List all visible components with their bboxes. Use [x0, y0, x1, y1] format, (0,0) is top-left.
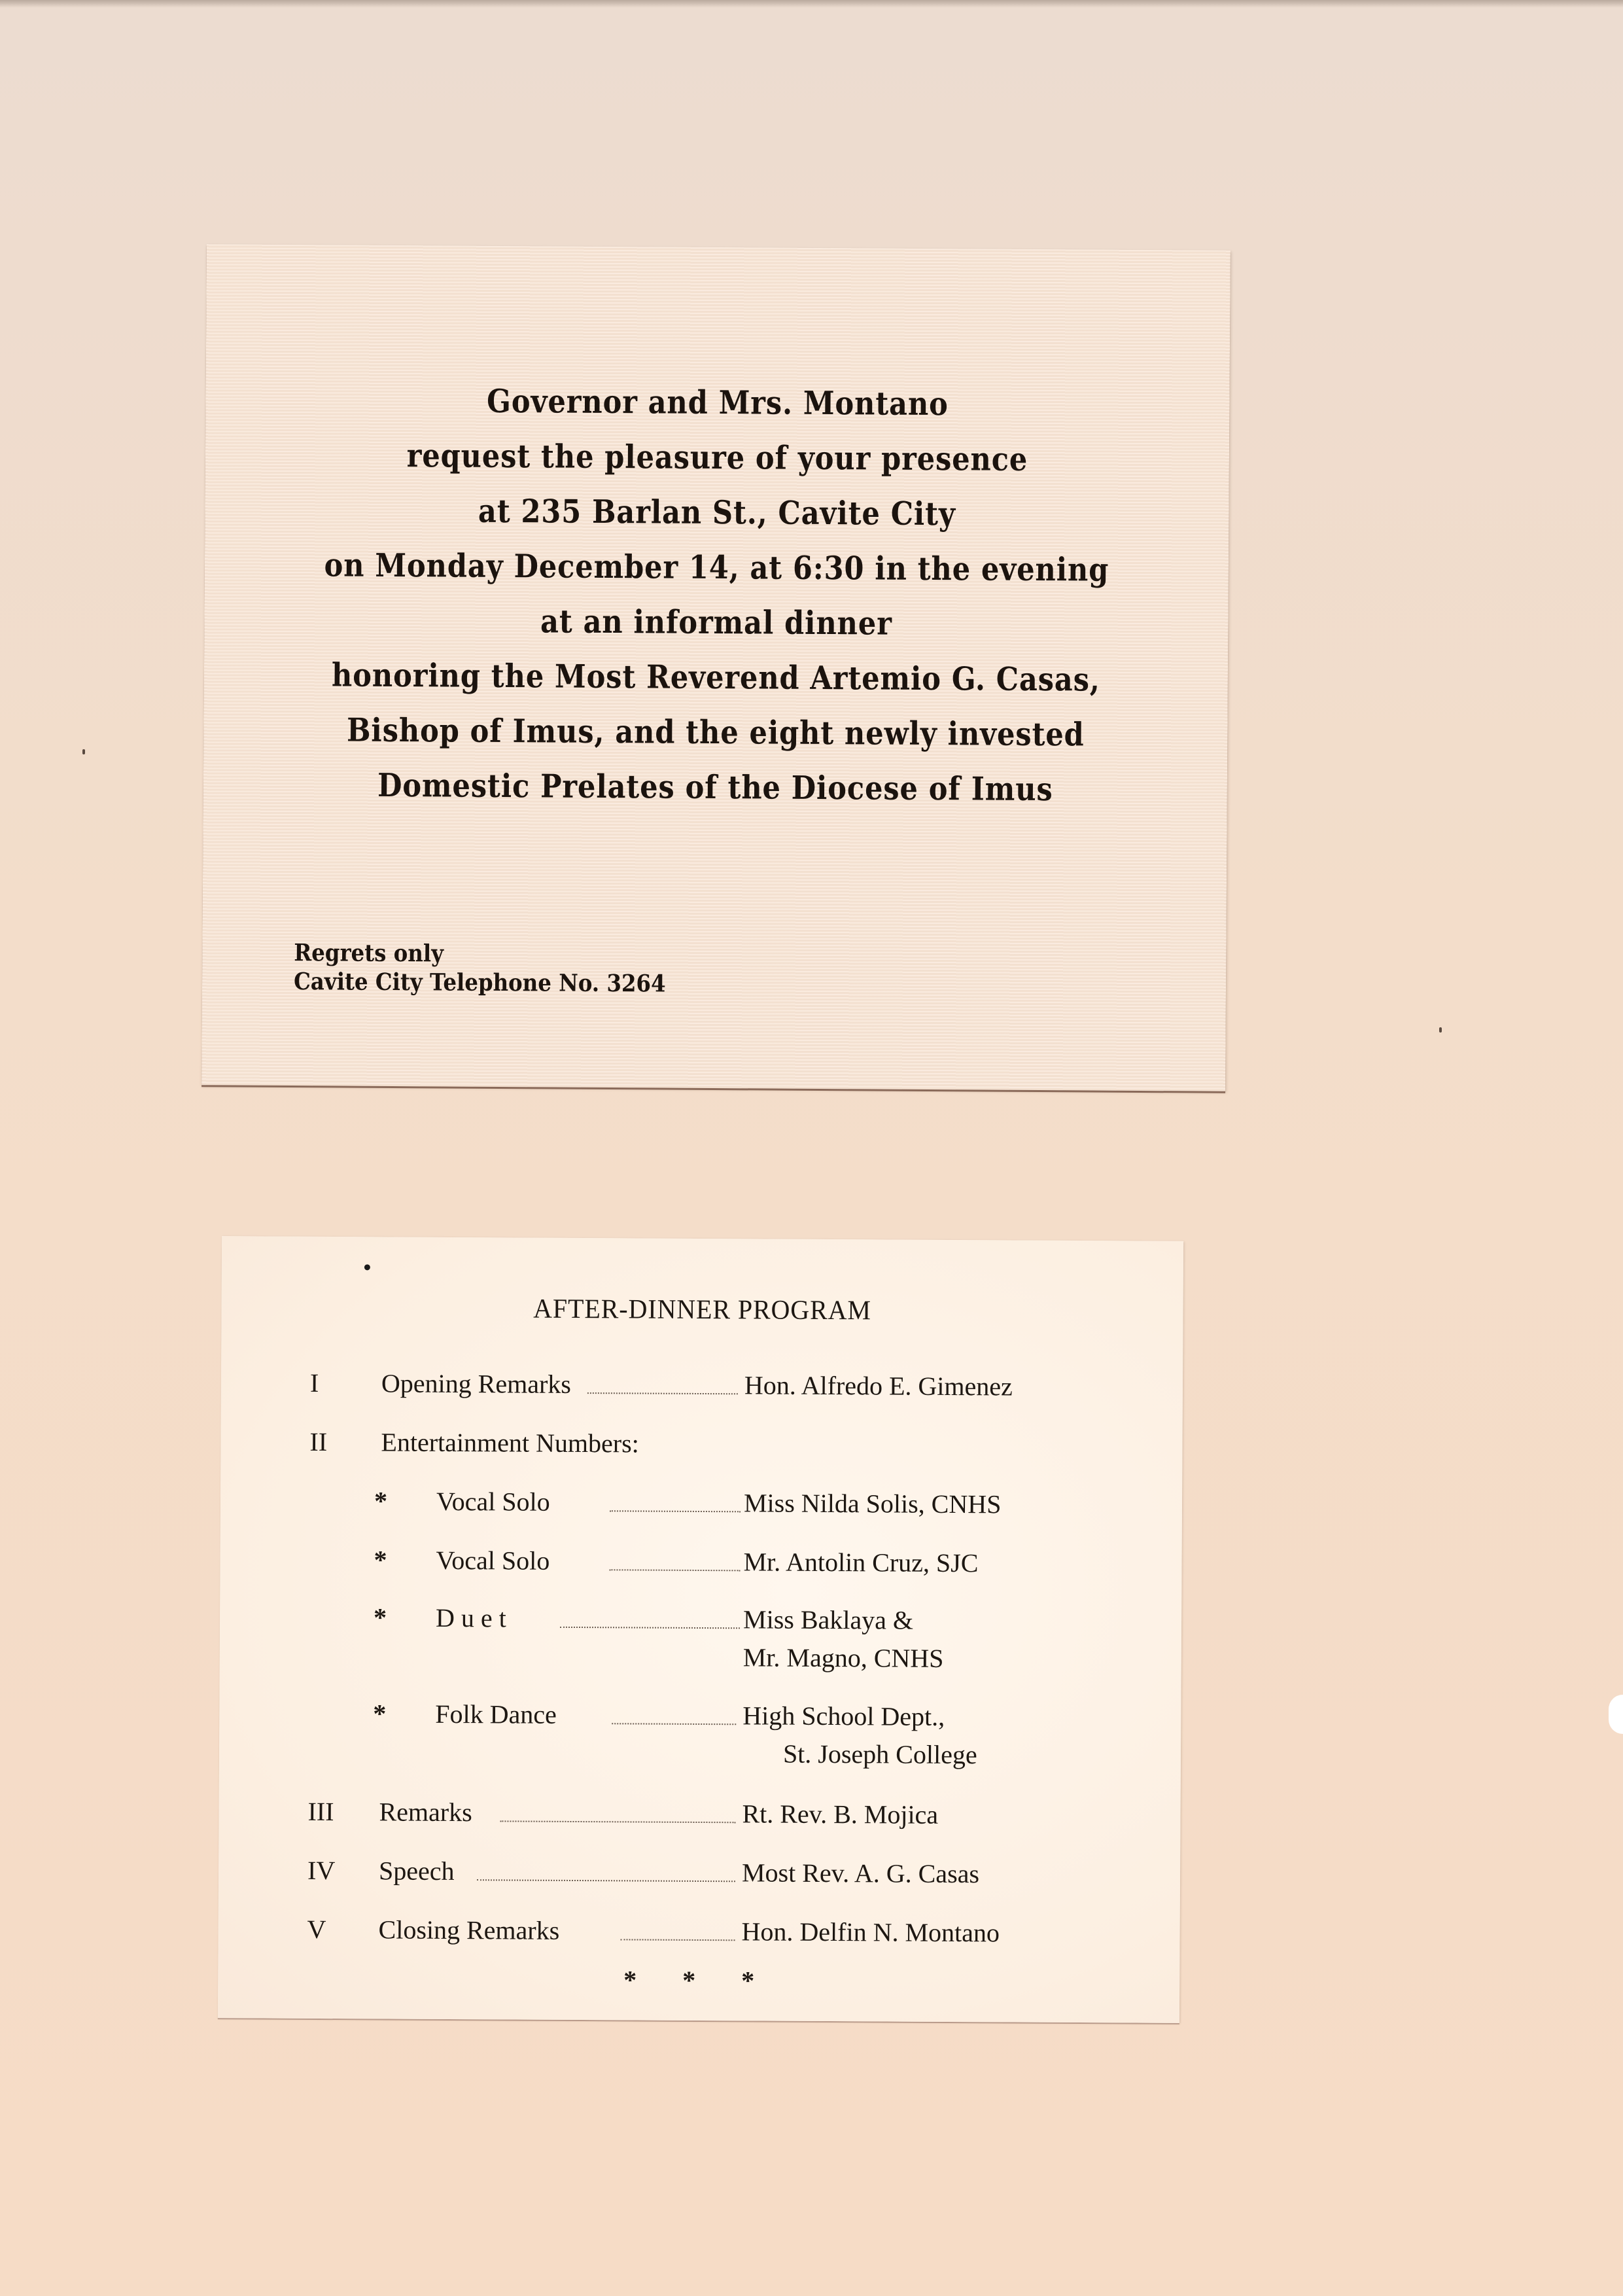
dotted-leader	[587, 1392, 738, 1394]
scan-top-shadow	[0, 0, 1623, 8]
dotted-leader	[610, 1510, 741, 1512]
invitation-address: at 235 Barlan St., Cavite City	[266, 482, 1168, 542]
item-performer: Most Rev. A. G. Casas	[742, 1857, 979, 1889]
item-number: II	[309, 1426, 362, 1457]
ink-dot	[364, 1264, 370, 1270]
program-item: II Entertainment Numbers:	[220, 1426, 1182, 1470]
bullet-asterisk: *	[374, 1544, 387, 1575]
dotted-leader	[621, 1939, 735, 1941]
paper-speck	[82, 749, 85, 754]
item-label: Folk Dance	[435, 1699, 557, 1730]
item-label: Vocal Solo	[436, 1545, 550, 1576]
item-performer: High School Dept.,	[742, 1700, 945, 1732]
program-card: AFTER-DINNER PROGRAM I Opening Remarks H…	[218, 1236, 1183, 2023]
item-performer: Miss Nilda Solis, CNHS	[744, 1487, 1002, 1519]
invitation-datetime: on Monday December 14, at 6:30 in the ev…	[266, 537, 1168, 597]
item-label: Vocal Solo	[436, 1486, 550, 1517]
item-performer: Hon. Alfredo E. Gimenez	[744, 1369, 1013, 1402]
item-number: IV	[307, 1855, 360, 1886]
program-subitem: * D u e t Miss Baklaya & Mr. Magno, CNHS	[220, 1601, 1181, 1646]
bullet-asterisk: *	[374, 1602, 387, 1633]
invitation-occasion: at an informal dinner	[266, 592, 1167, 652]
invitation-honoree-title: Bishop of Imus, and the eight newly inve…	[265, 702, 1166, 762]
dotted-leader	[609, 1569, 740, 1571]
telephone-note: Cavite City Telephone No. 3264	[294, 967, 666, 998]
item-performer-line2: Mr. Magno, CNHS	[743, 1642, 944, 1674]
item-label: Remarks	[379, 1796, 472, 1828]
invitation-honoree: honoring the Most Reverend Artemio G. Ca…	[266, 647, 1167, 707]
invitation-prelates: Domestic Prelates of the Diocese of Imus	[265, 757, 1166, 817]
invitation-text: Governor and Mrs. Montano request the pl…	[265, 372, 1168, 817]
program-subitem: * Folk Dance High School Dept., St. Jose…	[219, 1697, 1181, 1742]
closing-asterisks: * * *	[218, 1962, 1179, 1998]
bullet-asterisk: *	[374, 1485, 387, 1516]
item-label: Closing Remarks	[378, 1914, 559, 1945]
item-number: V	[307, 1914, 359, 1945]
item-label: Speech	[379, 1855, 455, 1886]
item-number: I	[310, 1368, 362, 1398]
invitation-request: request the pleasure of your presence	[267, 427, 1168, 487]
program-item: IV Speech Most Rev. A. G. Casas	[218, 1854, 1180, 1899]
invitation-footer: Regrets only Cavite City Telephone No. 3…	[294, 938, 666, 998]
dotted-leader	[477, 1879, 735, 1882]
item-performer: Miss Baklaya &	[743, 1604, 913, 1635]
program-item: I Opening Remarks Hon. Alfredo E. Gimene…	[221, 1367, 1183, 1411]
regrets-note: Regrets only	[294, 938, 666, 969]
item-label: Opening Remarks	[381, 1368, 571, 1400]
item-performer: Mr. Antolin Cruz, SJC	[743, 1546, 978, 1578]
program-item: III Remarks Rt. Rev. B. Mojica	[218, 1795, 1180, 1840]
invitation-card: Governor and Mrs. Montano request the pl…	[201, 244, 1230, 1091]
page-edge-notch	[1609, 1695, 1623, 1734]
item-performer: Hon. Delfin N. Montano	[741, 1916, 1000, 1948]
bullet-asterisk: *	[373, 1698, 386, 1729]
dotted-leader	[500, 1820, 735, 1823]
dotted-leader	[560, 1627, 740, 1629]
invitation-hosts: Governor and Mrs. Montano	[267, 372, 1168, 433]
program-subitem: * Vocal Solo Miss Nilda Solis, CNHS	[220, 1485, 1182, 1529]
program-subitem: * Vocal Solo Mr. Antolin Cruz, SJC	[220, 1544, 1181, 1588]
paper-speck	[1439, 1027, 1442, 1033]
program-title: AFTER-DINNER PROGRAM	[245, 1292, 1159, 1328]
item-label: Entertainment Numbers:	[381, 1426, 639, 1458]
dotted-leader	[612, 1723, 736, 1725]
item-number: III	[307, 1796, 360, 1827]
item-performer-line2: St. Joseph College	[783, 1739, 977, 1771]
item-performer: Rt. Rev. B. Mojica	[742, 1798, 938, 1830]
program-item: V Closing Remarks Hon. Delfin N. Montano	[218, 1913, 1179, 1958]
item-label: D u e t	[436, 1602, 506, 1634]
